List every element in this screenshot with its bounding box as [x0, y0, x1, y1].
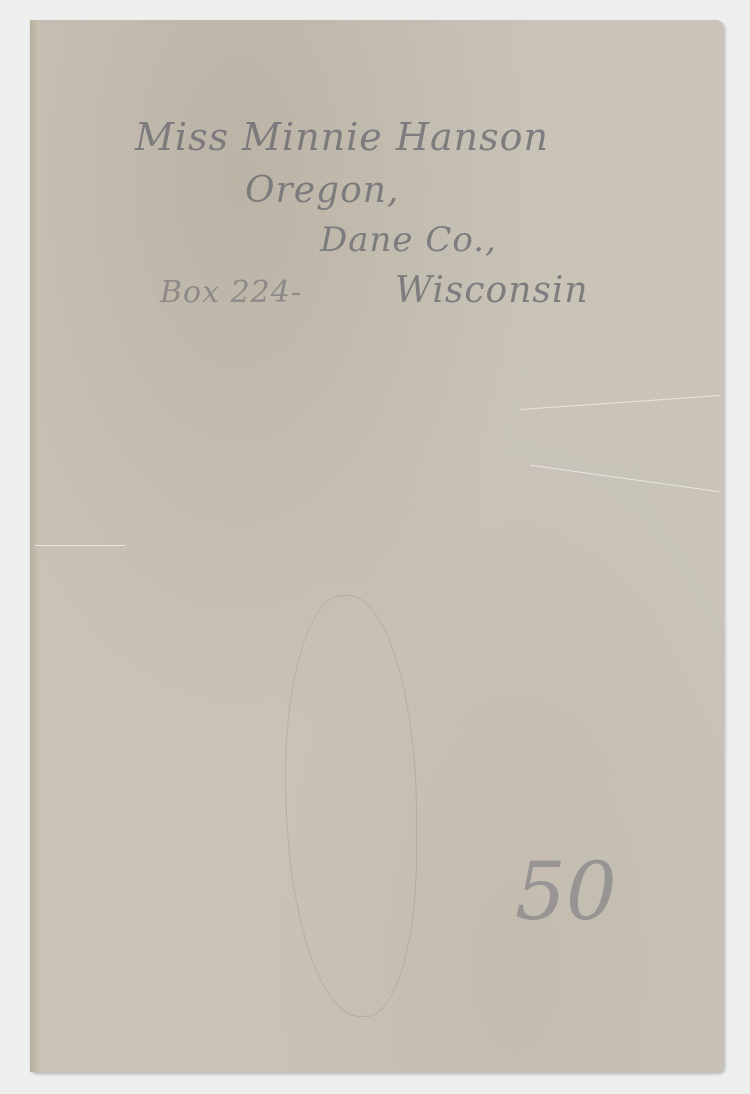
- crease: [531, 465, 719, 492]
- crease: [520, 395, 720, 410]
- city: Oregon,: [245, 170, 399, 211]
- po-box: Box 224-: [160, 275, 302, 310]
- crease: [35, 545, 125, 546]
- recipient-name: Miss Minnie Hanson: [135, 115, 549, 159]
- pencil-mark: 50: [515, 845, 617, 938]
- state: Wisconsin: [395, 270, 589, 311]
- card-back: Miss Minnie Hanson Oregon, Dane Co., Box…: [30, 20, 724, 1072]
- county: Dane Co.,: [320, 220, 497, 260]
- card-edge: [30, 20, 40, 1072]
- water-stain: [285, 595, 417, 1017]
